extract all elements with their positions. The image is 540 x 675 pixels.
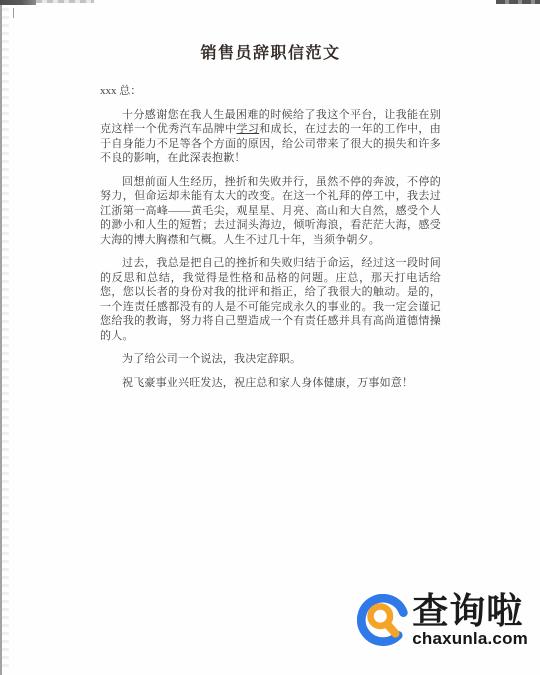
scan-edge-dots bbox=[2, 8, 9, 668]
scan-smudge-top-left-fade bbox=[36, 0, 94, 3]
paragraph-4: 为了给公司一个说法，我决定辞职。 bbox=[100, 352, 441, 367]
paragraph-1: 十分感谢您在我人生最困难的时候给了我这个平台，让我能在别克这样一个优秀汽车品牌中… bbox=[100, 108, 441, 166]
watermark-text: 查询啦 chaxunla.com bbox=[412, 592, 528, 647]
paragraph-2: 回想前面人生经历，挫折和失败并行，虽然不停的奔波，不停的努力，但命运却未能有太大… bbox=[100, 175, 441, 248]
paragraph-3: 过去，我总是把自己的挫折和失败归结于命运，经过这一段时间的反思和总结，我觉得是性… bbox=[100, 256, 441, 343]
document-page: 销售员辞职信范文 xxx 总： 十分感谢您在我人生最困难的时候给了我这个平台，让… bbox=[100, 44, 441, 399]
document-title: 销售员辞职信范文 bbox=[100, 44, 441, 64]
paragraph-1-link[interactable]: 学习 bbox=[236, 123, 259, 135]
magnifier-search-icon bbox=[357, 594, 409, 646]
chaxunla-watermark: 查询啦 chaxunla.com bbox=[357, 592, 528, 647]
scan-tick-mark bbox=[13, 8, 14, 18]
paragraph-5: 祝飞豪事业兴旺发达，祝庄总和家人身体健康，万事如意！ bbox=[100, 376, 441, 391]
watermark-brand-name: 查询啦 bbox=[412, 592, 528, 630]
salutation-line: xxx 总： bbox=[100, 84, 441, 99]
watermark-domain: chaxunla.com bbox=[412, 630, 528, 647]
scan-smudge-top-left bbox=[0, 0, 36, 5]
scan-smudge-top-right bbox=[496, 0, 540, 4]
